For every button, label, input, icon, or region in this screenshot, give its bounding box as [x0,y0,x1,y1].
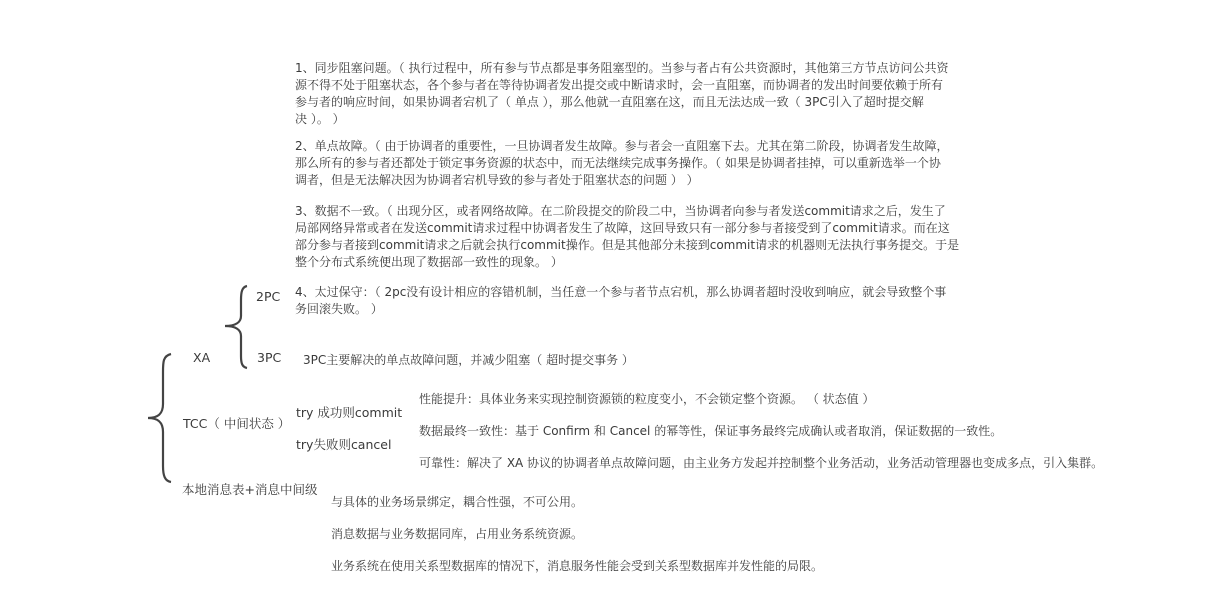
issue-line: 1、同步阻塞问题。（ 执行过程中，所有参与节点都是事务阻塞型的。当参与者占有公共… [295,60,1015,77]
node-local-message-table[interactable]: 本地消息表+消息中间级 [182,481,317,498]
local-message-point-2[interactable]: 消息数据与业务数据同库，占用业务系统资源。 [331,526,583,543]
2pc-issue-3[interactable]: 3、数据不一致。（ 出现分区，或者网络故障。在二阶段提交的阶段二中，当协调者向参… [295,203,1015,271]
root-brace-icon [148,354,171,482]
node-xa[interactable]: XA [193,349,210,366]
node-3pc[interactable]: 3PC [257,349,281,366]
tcc-point-reliability[interactable]: 可靠性：解决了 XA 协议的协调者单点故障问题，由主业务方发起并控制整个业务活动… [419,455,1103,472]
issue-line: 源不得不处于阻塞状态，各个参与者在等待协调者发出提交或中断请求时，会一直阻塞，而… [295,77,1015,94]
tcc-step-try-commit[interactable]: try 成功则commit [296,404,402,421]
node-2pc[interactable]: 2PC [256,288,280,305]
2pc-issue-1[interactable]: 1、同步阻塞问题。（ 执行过程中，所有参与节点都是事务阻塞型的。当参与者占有公共… [295,60,1015,128]
tcc-point-consistency[interactable]: 数据最终一致性：基于 Confirm 和 Cancel 的幂等性，保证事务最终完… [419,423,1002,440]
2pc-issue-4[interactable]: 4、太过保守：（ 2pc没有设计相应的容错机制，当任意一个参与者节点宕机，那么协… [295,284,1015,318]
tcc-step-try-cancel[interactable]: try失败则cancel [296,436,391,453]
issue-line: 局部网络异常或者在发送commit请求过程中协调者发生了故障，这回导致只有一部分… [295,220,1015,237]
issue-line: 那么所有的参与者还都处于锁定事务资源的状态中，而无法继续完成事务操作。（ 如果是… [295,155,1015,172]
2pc-issue-2[interactable]: 2、单点故障。（ 由于协调者的重要性，一旦协调者发生故障。参与者会一直阻塞下去。… [295,138,1015,189]
issue-line: 参与者的响应时间，如果协调者宕机了（ 单点 ），那么他就一直阻塞在这，而且无法达… [295,94,1015,111]
issue-line: 部分参与者接到commit请求之后就会执行commit操作。但是其他部分未接到c… [295,237,1015,254]
local-message-point-3[interactable]: 业务系统在使用关系型数据库的情况下，消息服务性能会受到关系型数据库并发性能的局限… [331,558,823,575]
issue-line: 4、太过保守：（ 2pc没有设计相应的容错机制，当任意一个参与者节点宕机，那么协… [295,284,1015,301]
3pc-note[interactable]: 3PC主要解决的单点故障问题，并减少阻塞（ 超时提交事务 ） [303,352,634,369]
node-tcc[interactable]: TCC（ 中间状态 ） [183,415,290,432]
issue-line: 3、数据不一致。（ 出现分区，或者网络故障。在二阶段提交的阶段二中，当协调者向参… [295,203,1015,220]
issue-line: 2、单点故障。（ 由于协调者的重要性，一旦协调者发生故障。参与者会一直阻塞下去。… [295,138,1015,155]
tcc-point-performance[interactable]: 性能提升：具体业务来实现控制资源锁的粒度变小，不会锁定整个资源。 （ 状态值 ） [419,391,874,408]
issue-line: 决 ）。 ） [295,111,1015,128]
issue-line: 整个分布式系统便出现了数据部一致性的现象。 ） [295,254,1015,271]
local-message-point-1[interactable]: 与具体的业务场景绑定，耦合性强，不可公用。 [331,494,583,511]
xa-brace-icon [225,286,247,368]
issue-line: 调者，但是无法解决因为协调者宕机导致的参与者处于阻塞状态的问题 ） ） [295,172,1015,189]
issue-line: 务回滚失败。 ） [295,301,1015,318]
